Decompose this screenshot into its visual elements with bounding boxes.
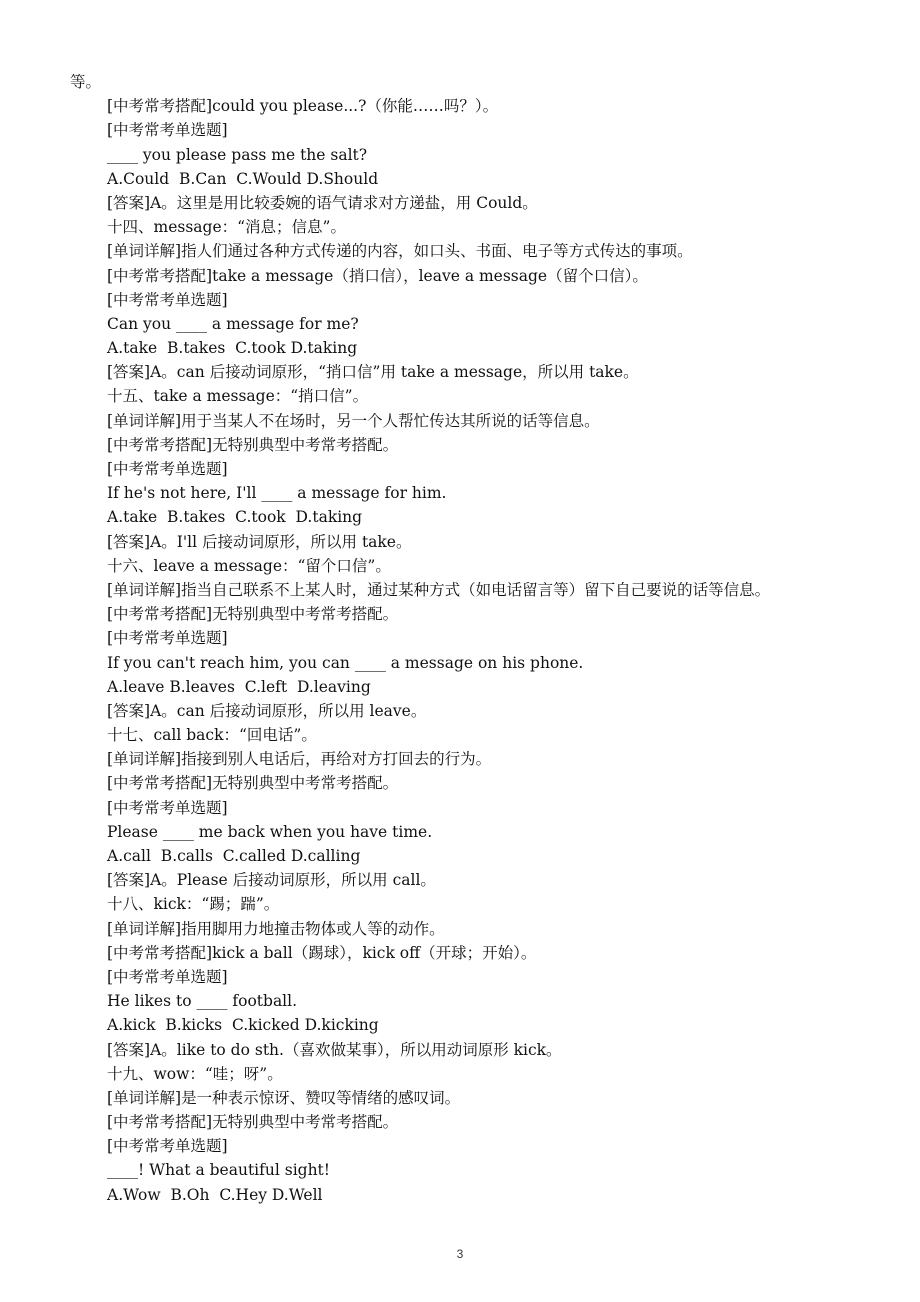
quiz-question: ____ you please pass me the salt? (70, 143, 850, 167)
quiz-heading: [中考常考单选题] (70, 118, 850, 142)
word-explanation: [单词详解]指人们通过各种方式传递的内容，如口头、书面、电子等方式传达的事项。 (70, 239, 850, 263)
entry-heading-14: 十四、message：“消息；信息”。 (70, 215, 850, 239)
entry-heading-15: 十五、take a message：“捎口信”。 (70, 384, 850, 408)
collocation-line: [中考常考搭配]kick a ball（踢球），kick off（开球；开始）。 (70, 941, 850, 965)
quiz-answer: [答案]A。like to do sth.（喜欢做某事），所以用动词原形 kic… (70, 1038, 850, 1062)
entry-heading-16: 十六、leave a message：“留个口信”。 (70, 554, 850, 578)
quiz-options: A.Wow B.Oh C.Hey D.Well (70, 1183, 850, 1207)
collocation-line: [中考常考搭配]无特别典型中考常考搭配。 (70, 433, 850, 457)
collocation-line: [中考常考搭配]无特别典型中考常考搭配。 (70, 1110, 850, 1134)
quiz-options: A.Could B.Can C.Would D.Should (70, 167, 850, 191)
quiz-question: He likes to ____ football. (70, 989, 850, 1013)
page-number: 3 (0, 1247, 920, 1261)
entry-heading-17: 十七、call back：“回电话”。 (70, 723, 850, 747)
quiz-answer: [答案]A。I'll 后接动词原形，所以用 take。 (70, 530, 850, 554)
quiz-answer: [答案]A。can 后接动词原形，所以用 leave。 (70, 699, 850, 723)
document-body: 等。 [中考常考搭配]could you please...?（你能……吗？）。… (70, 70, 850, 1207)
quiz-options: A.take B.takes C.took D.taking (70, 505, 850, 529)
quiz-heading: [中考常考单选题] (70, 1134, 850, 1158)
word-explanation: [单词详解]指当自己联系不上某人时，通过某种方式（如电话留言等）留下自己要说的话… (70, 578, 850, 602)
quiz-question: Please ____ me back when you have time. (70, 820, 850, 844)
quiz-question: Can you ____ a message for me? (70, 312, 850, 336)
collocation-line: [中考常考搭配]无特别典型中考常考搭配。 (70, 771, 850, 795)
quiz-answer: [答案]A。Please 后接动词原形，所以用 call。 (70, 868, 850, 892)
collocation-line: [中考常考搭配]could you please...?（你能……吗？）。 (70, 94, 850, 118)
quiz-heading: [中考常考单选题] (70, 288, 850, 312)
word-explanation: [单词详解]指用脚用力地撞击物体或人等的动作。 (70, 917, 850, 941)
collocation-line: [中考常考搭配]take a message（捎口信），leave a mess… (70, 264, 850, 288)
quiz-heading: [中考常考单选题] (70, 457, 850, 481)
document-page: 等。 [中考常考搭配]could you please...?（你能……吗？）。… (0, 0, 920, 1302)
word-explanation: [单词详解]是一种表示惊讶、赞叹等情绪的感叹词。 (70, 1086, 850, 1110)
word-explanation: [单词详解]用于当某人不在场时，另一个人帮忙传达其所说的话等信息。 (70, 409, 850, 433)
collocation-line: [中考常考搭配]无特别典型中考常考搭配。 (70, 602, 850, 626)
quiz-options: A.take B.takes C.took D.taking (70, 336, 850, 360)
word-explanation: [单词详解]指接到别人电话后，再给对方打回去的行为。 (70, 747, 850, 771)
quiz-answer: [答案]A。can 后接动词原形，“捎口信”用 take a message，所… (70, 360, 850, 384)
quiz-question: ____! What a beautiful sight! (70, 1158, 850, 1182)
quiz-question: If he's not here, I'll ____ a message fo… (70, 481, 850, 505)
quiz-heading: [中考常考单选题] (70, 796, 850, 820)
quiz-options: A.call B.calls C.called D.calling (70, 844, 850, 868)
quiz-heading: [中考常考单选题] (70, 626, 850, 650)
quiz-options: A.leave B.leaves C.left D.leaving (70, 675, 850, 699)
entry-heading-18: 十八、kick：“踢；踹”。 (70, 892, 850, 916)
quiz-answer: [答案]A。这里是用比较委婉的语气请求对方递盐，用 Could。 (70, 191, 850, 215)
entry-heading-19: 十九、wow：“哇；呀”。 (70, 1062, 850, 1086)
quiz-options: A.kick B.kicks C.kicked D.kicking (70, 1013, 850, 1037)
quiz-heading: [中考常考单选题] (70, 965, 850, 989)
text-line: 等。 (70, 70, 850, 94)
quiz-question: If you can't reach him, you can ____ a m… (70, 651, 850, 675)
